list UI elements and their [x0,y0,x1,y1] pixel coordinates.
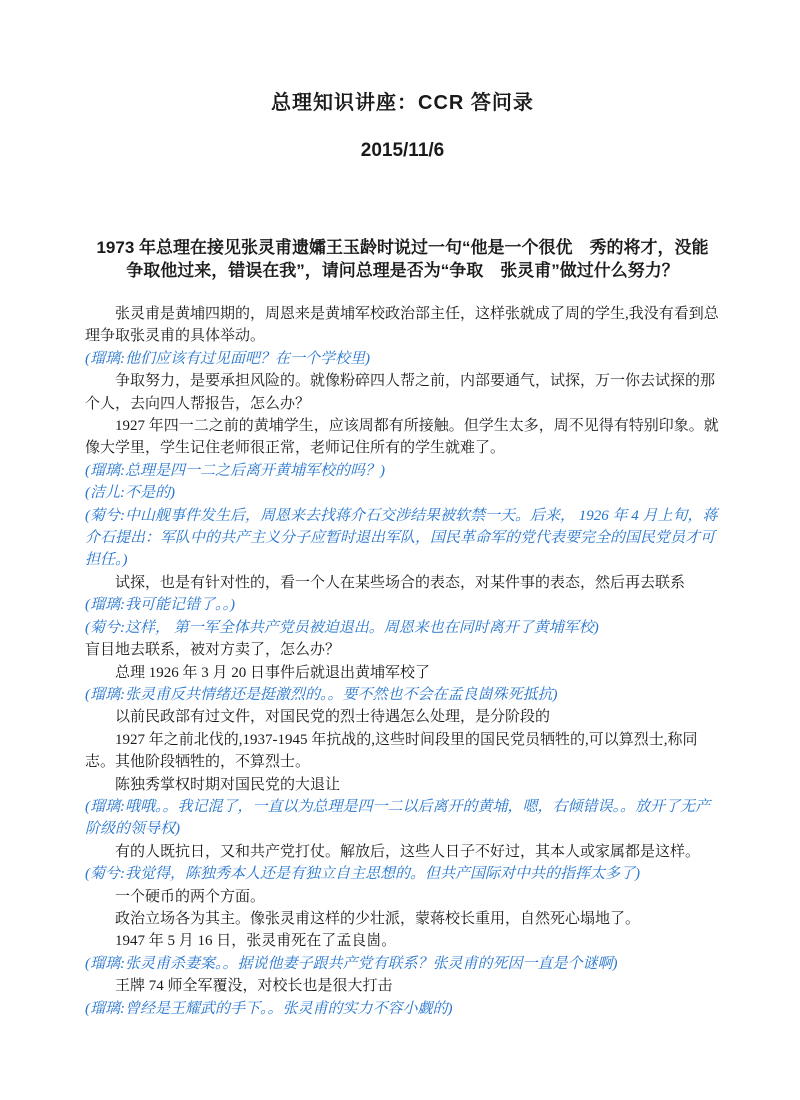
chat-comment-line: (洁儿:不是的) [85,482,720,504]
answer-paragraph: 王牌 74 师全军覆没，对校长也是很大打击 [85,975,720,997]
chat-comment-line: (瑠璃:他们应该有过见面吧？在一个学校里) [85,348,720,370]
answer-paragraph: 有的人既抗日，又和共产党打仗。解放后，这些人日子不好过，其本人或家属都是这样。 [85,841,720,863]
chat-comment-line: (瑠璃:我可能记错了。。) [85,594,720,616]
chat-comment-line: (瑠璃:哦哦。。我记混了，一直以为总理是四一二以后离开的黄埔，嗯，右倾错误。。放… [85,796,720,841]
answer-paragraph: 1947 年 5 月 16 日，张灵甫死在了孟良崮。 [85,930,720,952]
document-page: 总理知识讲座：CCR 答问录 2015/11/6 1973 年总理在接见张灵甫遗… [0,0,800,1100]
chat-comment-line: (瑠璃:张灵甫杀妻案。。据说他妻子跟共产党有联系？张灵甫的死因一直是个谜啊) [85,953,720,975]
chat-comment-line: (菊兮:这样， 第一军全体共产党员被迫退出。周恩来也在同时离开了黄埔军校) [85,617,720,639]
answer-paragraph: 1927 年之前北伐的,1937-1945 年抗战的,这些时间段里的国民党员牺牲… [85,729,720,774]
answer-paragraph: 总理 1926 年 3 月 20 日事件后就退出黄埔军校了 [85,662,720,684]
chat-comment-line: (菊兮:中山舰事件发生后，周恩来去找蒋介石交涉结果被软禁一天。后来， 1926 … [85,505,720,572]
chat-comment-line: (瑠璃:张灵甫反共情绪还是挺激烈的。。要不然也不会在孟良崮殊死抵抗) [85,684,720,706]
answer-paragraph: 一个硬币的两个方面。 [85,886,720,908]
answer-paragraph: 陈独秀掌权时期对国民党的大退让 [85,774,720,796]
document-title: 总理知识讲座：CCR 答问录 [85,92,720,114]
chat-comment-line: (瑠璃:曾经是王耀武的手下。。张灵甫的实力不容小觑的) [85,998,720,1020]
answer-paragraph: 盲目地去联系，被对方卖了，怎么办？ [85,639,720,661]
answer-paragraph: 张灵甫是黄埔四期的，周恩来是黄埔军校政治部主任，这样张就成了周的学生,我没有看到… [85,303,720,348]
answer-paragraph: 争取努力，是要承担风险的。就像粉碎四人帮之前，内部要通气，试探，万一你去试探的那… [85,370,720,415]
chat-comment-line: (瑠璃:总理是四一二之后离开黄埔军校的吗？) [85,460,720,482]
answer-paragraph: 1927 年四一二之前的黄埔学生，应该周都有所接触。但学生太多，周不见得有特别印… [85,415,720,460]
question-heading: 1973 年总理在接见张灵甫遗孀王玉龄时说过一句“他是一个很优 秀的将才，没能争… [90,236,715,282]
answer-paragraph: 试探，也是有针对性的，看一个人在某些场合的表态，对某件事的表态，然后再去联系 [85,572,720,594]
document-date: 2015/11/6 [85,140,720,162]
answer-paragraph: 以前民政部有过文件，对国民党的烈士待遇怎么处理，是分阶段的 [85,706,720,728]
dialogue-body: 张灵甫是黄埔四期的，周恩来是黄埔军校政治部主任，这样张就成了周的学生,我没有看到… [85,303,720,1020]
answer-paragraph: 政治立场各为其主。像张灵甫这样的少壮派，蒙蒋校长重用，自然死心塌地了。 [85,908,720,930]
chat-comment-line: (菊兮:我觉得，陈独秀本人还是有独立自主思想的。但共产国际对中共的指挥太多了) [85,863,720,885]
